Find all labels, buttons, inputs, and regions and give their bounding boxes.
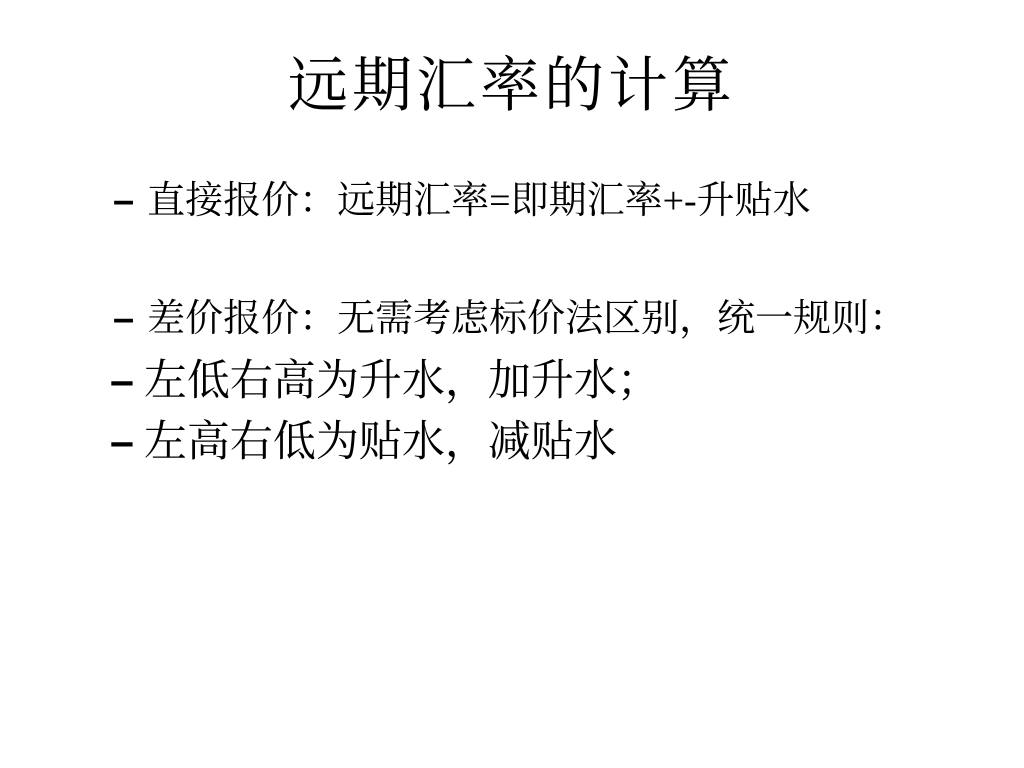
dash-bullet-icon: – [110,416,134,470]
dash-bullet-icon: – [113,178,134,226]
bullet-item-direct-quote: – 直接报价：远期汇率=即期汇率+-升贴水 [113,178,811,226]
bullet-text: 左低右高为升水，加升水； [144,355,660,409]
dash-bullet-icon: – [110,355,134,409]
bullet-item-premium-rule: – 左低右高为升水，加升水； [110,355,660,409]
bullet-item-discount-rule: – 左高右低为贴水，减贴水 [110,416,617,470]
bullet-text: 左高右低为贴水，减贴水 [144,416,617,470]
bullet-text: 差价报价：无需考虑标价法区别，统一规则： [147,296,907,344]
dash-bullet-icon: – [113,296,134,344]
bullet-text: 直接报价：远期汇率=即期汇率+-升贴水 [147,178,811,226]
slide-title: 远期汇率的计算 [0,52,1024,121]
bullet-item-spread-quote: – 差价报价：无需考虑标价法区别，统一规则： [113,296,907,344]
slide-canvas: 远期汇率的计算 – 直接报价：远期汇率=即期汇率+-升贴水 – 差价报价：无需考… [0,0,1024,768]
